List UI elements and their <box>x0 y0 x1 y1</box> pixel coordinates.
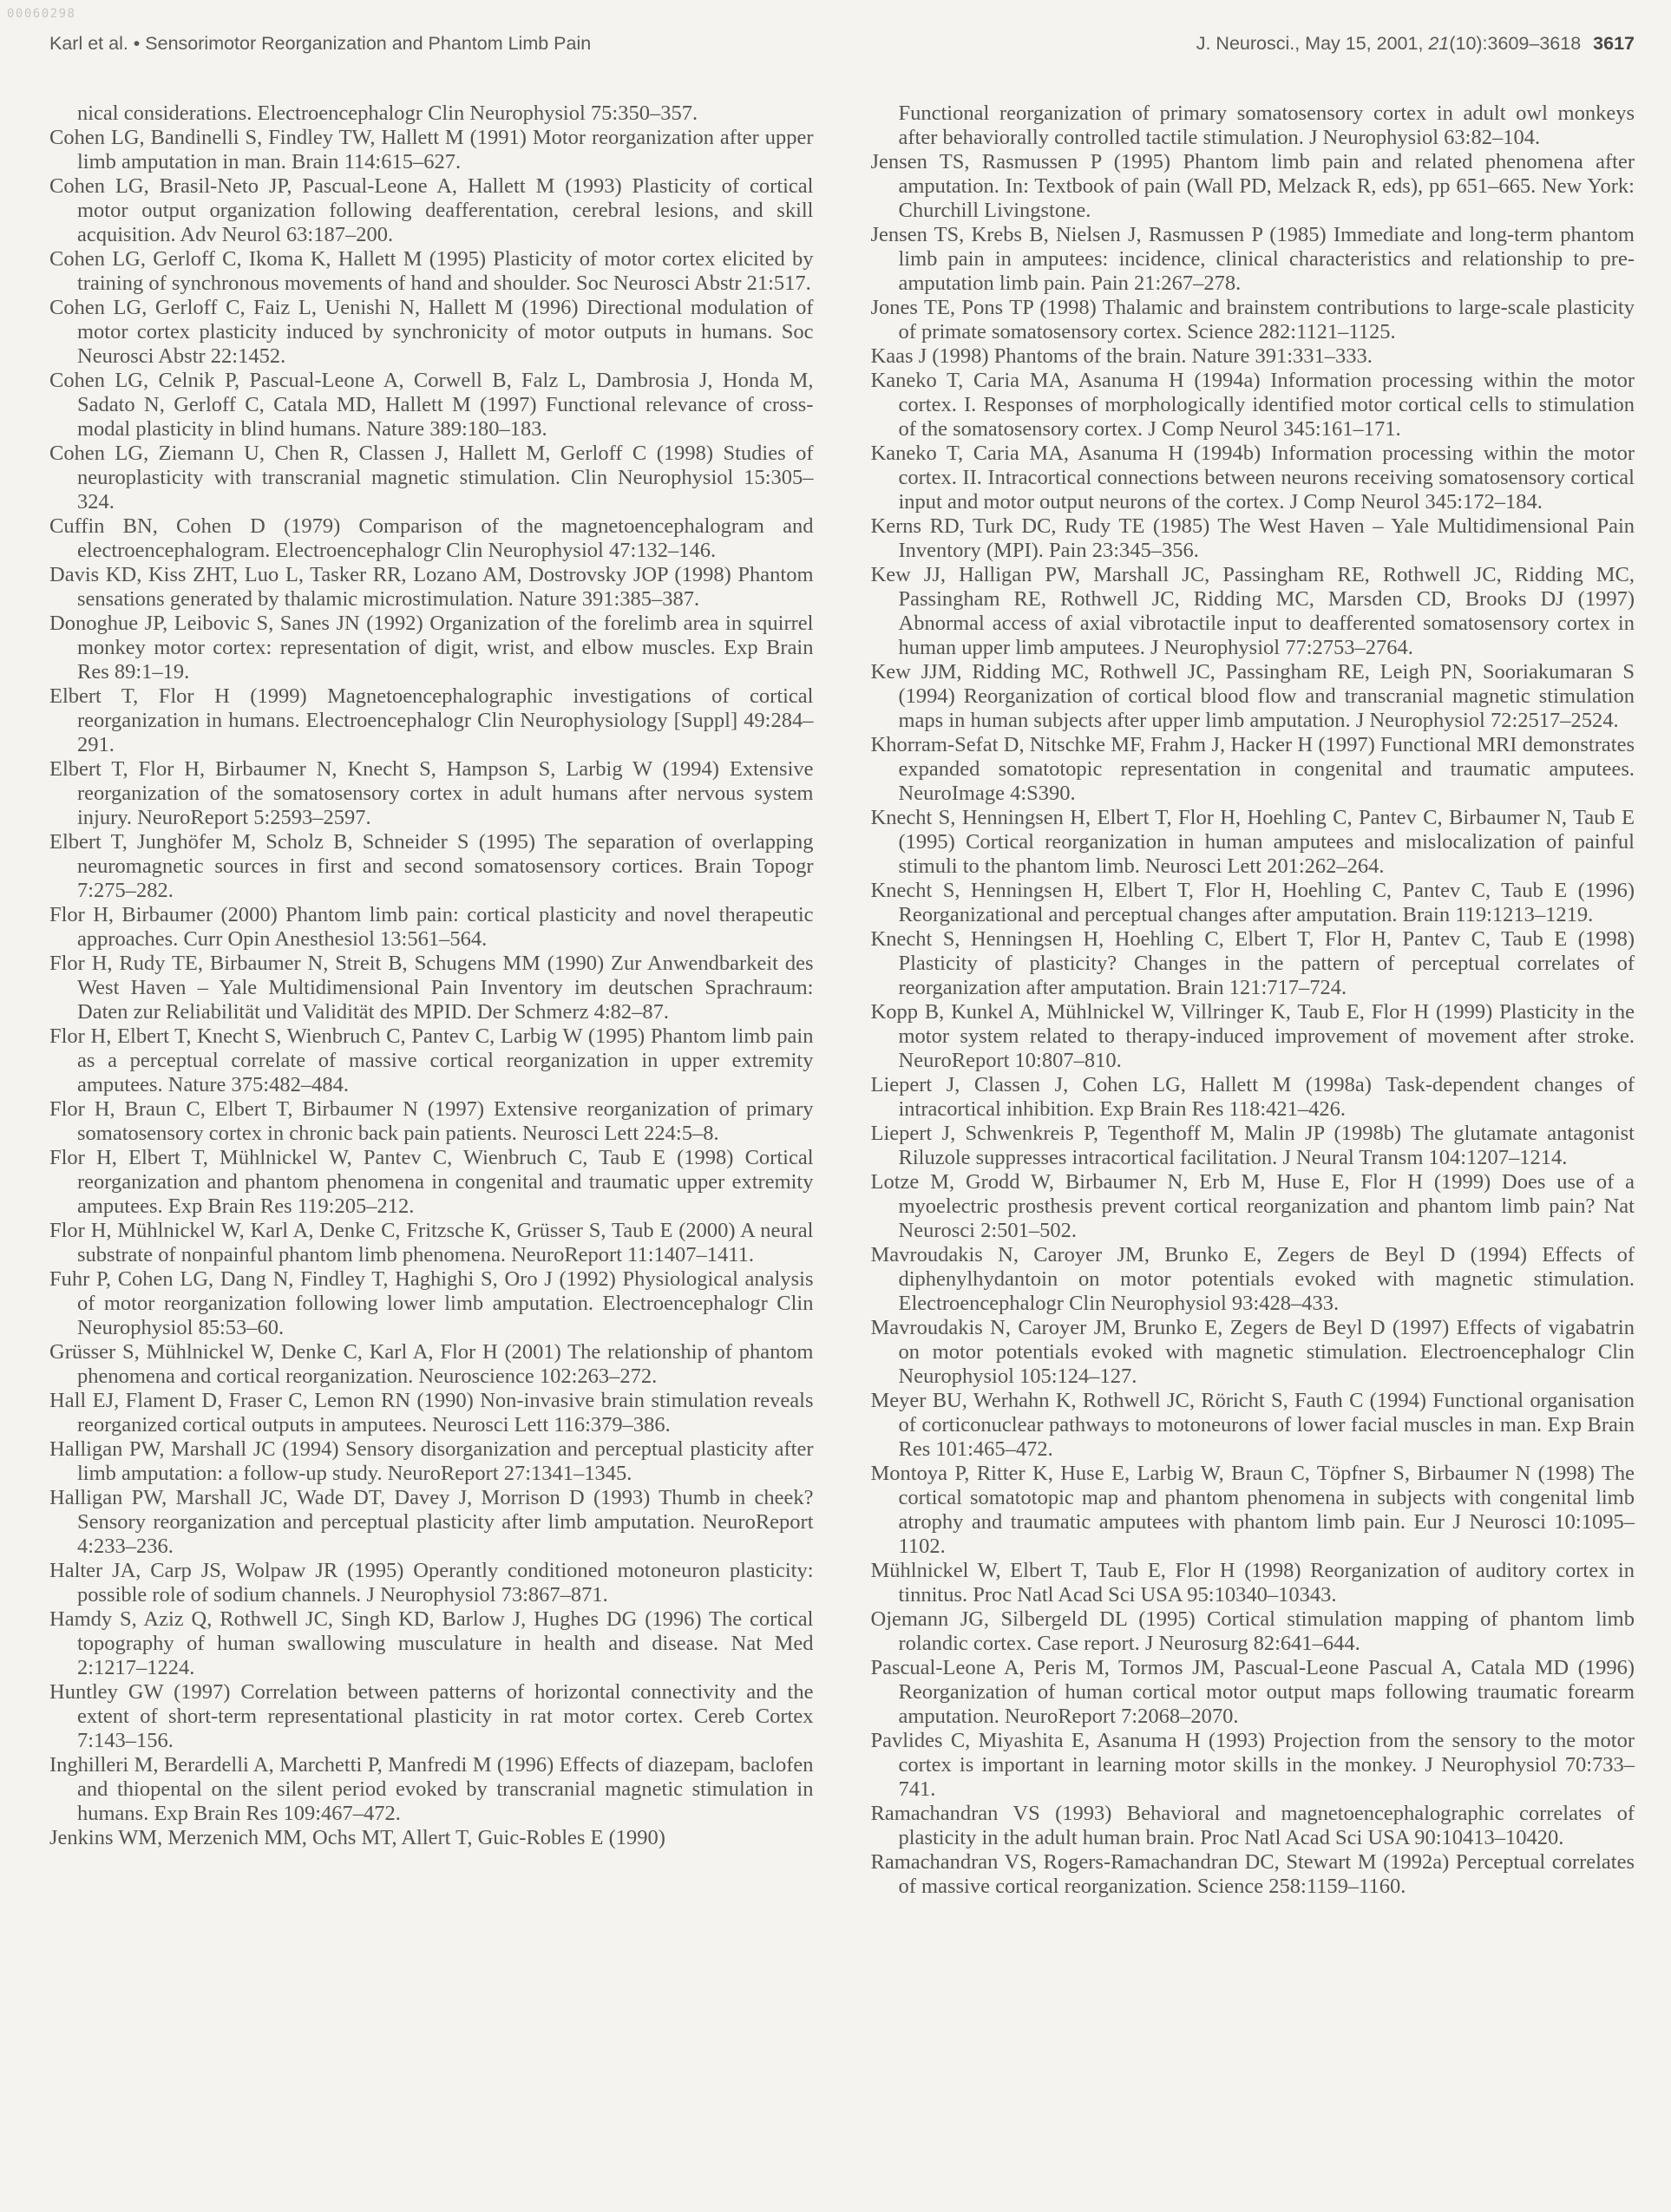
reference-entry: Flor H, Mühlnickel W, Karl A, Denke C, F… <box>49 1219 814 1267</box>
citation-prefix: J. Neurosci., May 15, 2001, <box>1196 33 1429 54</box>
reference-entry: Elbert T, Flor H (1999) Magnetoencephalo… <box>49 684 814 757</box>
reference-entry: Ramachandran VS, Rogers-Ramachandran DC,… <box>871 1850 1635 1899</box>
reference-entry: Mavroudakis N, Caroyer JM, Brunko E, Zeg… <box>871 1316 1635 1389</box>
journal-citation: J. Neurosci., May 15, 2001, 21(10):3609–… <box>1196 33 1635 55</box>
reference-entry: Elbert T, Flor H, Birbaumer N, Knecht S,… <box>49 757 814 830</box>
reference-entry: Cohen LG, Brasil-Neto JP, Pascual-Leone … <box>49 174 814 247</box>
reference-entry: Kerns RD, Turk DC, Rudy TE (1985) The We… <box>871 514 1635 563</box>
reference-entry: Khorram-Sefat D, Nitschke MF, Frahm J, H… <box>871 733 1635 806</box>
reference-entry: Knecht S, Henningsen H, Elbert T, Flor H… <box>871 806 1635 879</box>
reference-entry: Montoya P, Ritter K, Huse E, Larbig W, B… <box>871 1462 1635 1559</box>
reference-continuation: Functional reorganization of primary som… <box>871 101 1635 150</box>
reference-entry: Elbert T, Junghöfer M, Scholz B, Schneid… <box>49 830 814 903</box>
reference-entry: Davis KD, Kiss ZHT, Luo L, Tasker RR, Lo… <box>49 563 814 612</box>
reference-entry: Fuhr P, Cohen LG, Dang N, Findley T, Hag… <box>49 1267 814 1340</box>
reference-entry: Halter JA, Carp JS, Wolpaw JR (1995) Ope… <box>49 1559 814 1607</box>
reference-entry: Flor H, Elbert T, Mühlnickel W, Pantev C… <box>49 1146 814 1219</box>
reference-entry: Hall EJ, Flament D, Fraser C, Lemon RN (… <box>49 1389 814 1437</box>
reference-entry: Flor H, Elbert T, Knecht S, Wienbruch C,… <box>49 1024 814 1097</box>
references-left-column: nical considerations. Electroencephalogr… <box>49 101 814 1899</box>
reference-entry: Huntley GW (1997) Correlation between pa… <box>49 1680 814 1753</box>
journal-page: 00060298 Karl et al. • Sensorimotor Reor… <box>0 0 1671 2212</box>
reference-entry: Flor H, Rudy TE, Birbaumer N, Streit B, … <box>49 952 814 1024</box>
reference-entry: Mavroudakis N, Caroyer JM, Brunko E, Zeg… <box>871 1243 1635 1316</box>
volume-number: 21 <box>1428 33 1449 54</box>
reference-entry: Ojemann JG, Silbergeld DL (1995) Cortica… <box>871 1607 1635 1656</box>
reference-entry: Halligan PW, Marshall JC (1994) Sensory … <box>49 1437 814 1486</box>
reference-entry: Ramachandran VS (1993) Behavioral and ma… <box>871 1802 1635 1850</box>
reference-continuation: nical considerations. Electroencephalogr… <box>49 101 814 126</box>
reference-entry: Lotze M, Grodd W, Birbaumer N, Erb M, Hu… <box>871 1170 1635 1243</box>
reference-entry: Cohen LG, Gerloff C, Ikoma K, Hallett M … <box>49 247 814 296</box>
reference-entry: Liepert J, Schwenkreis P, Tegenthoff M, … <box>871 1122 1635 1170</box>
reference-entry: Hamdy S, Aziz Q, Rothwell JC, Singh KD, … <box>49 1607 814 1680</box>
reference-entry: Knecht S, Henningsen H, Hoehling C, Elbe… <box>871 927 1635 1000</box>
reference-entry: Jensen TS, Rasmussen P (1995) Phantom li… <box>871 150 1635 223</box>
reference-entry: Cohen LG, Celnik P, Pascual-Leone A, Cor… <box>49 369 814 442</box>
page-number: 3617 <box>1593 33 1635 54</box>
reference-entry: Cohen LG, Bandinelli S, Findley TW, Hall… <box>49 126 814 174</box>
reference-entry: Inghilleri M, Berardelli A, Marchetti P,… <box>49 1753 814 1826</box>
reference-entry: Liepert J, Classen J, Cohen LG, Hallett … <box>871 1073 1635 1122</box>
page-header: Karl et al. • Sensorimotor Reorganizatio… <box>0 0 1671 55</box>
reference-entry: Jenkins WM, Merzenich MM, Ochs MT, Aller… <box>49 1826 814 1850</box>
reference-entry: Mühlnickel W, Elbert T, Taub E, Flor H (… <box>871 1559 1635 1607</box>
references-section: nical considerations. Electroencephalogr… <box>0 101 1671 1899</box>
reference-entry: Pavlides C, Miyashita E, Asanuma H (1993… <box>871 1729 1635 1802</box>
references-right-column: Functional reorganization of primary som… <box>871 101 1635 1899</box>
running-title: Karl et al. • Sensorimotor Reorganizatio… <box>49 33 591 55</box>
reference-entry: Kaas J (1998) Phantoms of the brain. Nat… <box>871 344 1635 369</box>
reference-entry: Jensen TS, Krebs B, Nielsen J, Rasmussen… <box>871 223 1635 296</box>
reference-entry: Cohen LG, Ziemann U, Chen R, Classen J, … <box>49 442 814 514</box>
reference-entry: Jones TE, Pons TP (1998) Thalamic and br… <box>871 296 1635 344</box>
scan-stamp: 00060298 <box>7 7 75 21</box>
reference-entry: Flor H, Braun C, Elbert T, Birbaumer N (… <box>49 1097 814 1146</box>
reference-entry: Halligan PW, Marshall JC, Wade DT, Davey… <box>49 1486 814 1559</box>
reference-entry: Kaneko T, Caria MA, Asanuma H (1994b) In… <box>871 442 1635 514</box>
reference-entry: Kew JJ, Halligan PW, Marshall JC, Passin… <box>871 563 1635 660</box>
reference-entry: Kaneko T, Caria MA, Asanuma H (1994a) In… <box>871 369 1635 442</box>
reference-entry: Cohen LG, Gerloff C, Faiz L, Uenishi N, … <box>49 296 814 369</box>
reference-entry: Meyer BU, Werhahn K, Rothwell JC, Rörich… <box>871 1389 1635 1462</box>
reference-entry: Kew JJM, Ridding MC, Rothwell JC, Passin… <box>871 660 1635 733</box>
reference-entry: Pascual-Leone A, Peris M, Tormos JM, Pas… <box>871 1656 1635 1729</box>
reference-entry: Grüsser S, Mühlnickel W, Denke C, Karl A… <box>49 1340 814 1389</box>
issue-pages: (10):3609–3618 <box>1449 33 1581 54</box>
reference-entry: Flor H, Birbaumer (2000) Phantom limb pa… <box>49 903 814 952</box>
reference-entry: Cuffin BN, Cohen D (1979) Comparison of … <box>49 514 814 563</box>
reference-entry: Kopp B, Kunkel A, Mühlnickel W, Villring… <box>871 1000 1635 1073</box>
reference-entry: Knecht S, Henningsen H, Elbert T, Flor H… <box>871 879 1635 927</box>
reference-entry: Donoghue JP, Leibovic S, Sanes JN (1992)… <box>49 612 814 684</box>
